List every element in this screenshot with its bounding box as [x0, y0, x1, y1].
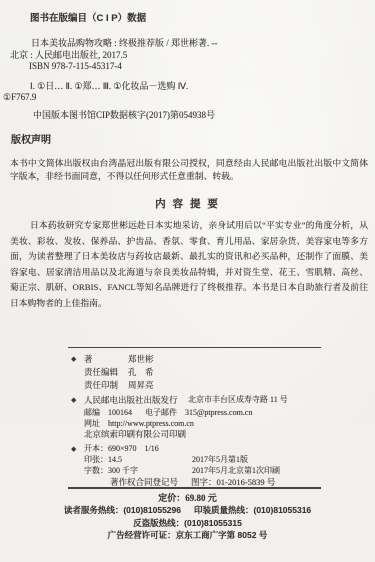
ad-license-line: 广告经营许可证：京东工商广字第 8052 号	[0, 530, 375, 540]
top-rule	[68, 347, 321, 348]
publisher-address: 北京市丰台区成寿寺路 11 号	[188, 395, 288, 405]
registration-label: 著作权合同登记号	[110, 477, 178, 487]
print-supervisor-line: 责任印制周昇亮	[84, 380, 154, 390]
publisher-line: 人民邮电出版社出版发行 北京市丰台区成寿寺路 11 号	[84, 395, 374, 405]
format-line: 开本：690×970 1/16	[84, 444, 159, 454]
reader-service-hotline: 读者服务热线：(010)81055296	[64, 505, 181, 515]
impression-text: 2017年5月北京第1次印刷	[192, 466, 280, 476]
cip-isbn-line: ISBN 978-7-115-45317-4	[29, 61, 122, 71]
bottom-rule	[68, 487, 321, 489]
edition-text: 2017年5月第1版	[192, 455, 248, 465]
book-copyright-page: 图书在版编目（C I P）数据 日本美妆品购物攻略 : 终极推荐版 / 郑世彬著…	[0, 0, 375, 562]
format-label: 开本：	[84, 444, 108, 453]
editor-line: 责任编辑孔 希	[84, 367, 154, 377]
postcode-email-line: 邮编100164电子邮件315@ptpress.com.cn	[84, 408, 252, 418]
hotline-line1: 读者服务热线：(010)81055296印装质量热线：(010)81055316	[0, 505, 375, 515]
words-value: 300 千字	[108, 466, 138, 475]
website-line: 网址http://www.ptpress.com.cn	[84, 419, 194, 429]
price-line: 定价：69.80 元	[0, 493, 375, 503]
summary-body: 日本药妆研究专家郑世彬远赴日本实地采访，亲身试用后以“平实专业”的角度分析，从美…	[10, 218, 368, 311]
print-supervisor-label: 责任印制	[84, 380, 128, 390]
postcode-label: 邮编	[84, 408, 100, 417]
cip-classification-line2: ①F767.9	[3, 92, 36, 102]
print-supervisor-name: 周昇亮	[128, 380, 154, 390]
printer-line: 北京缤索印刷有限公司印刷	[84, 429, 186, 439]
copyright-body: 本书中文简体出版权由台湾晶冠出版有限公司授权，同意经由人民邮电出版社出版中文简体…	[10, 157, 368, 183]
website-label: 网址	[84, 419, 100, 428]
copyright-heading: 版权声明	[11, 136, 51, 146]
anti-piracy-hotline: 反盗版热线：(010)81055315	[0, 518, 375, 528]
author-line: 著郑世彬	[84, 354, 154, 364]
cip-record-number: 中国版本图书馆CIP数据核字(2017)第054938号	[33, 110, 215, 120]
print-quality-hotline: 印装质量热线：(010)81055316	[194, 505, 311, 515]
editor-label: 责任编辑	[84, 367, 128, 377]
cip-header: 图书在版编目（C I P）数据	[30, 14, 146, 24]
sheets-line: 印张：14.5 2017年5月第1版	[84, 455, 364, 465]
editor-name: 孔 希	[128, 367, 154, 377]
postcode-value: 100164	[108, 408, 132, 417]
registration-line: 著作权合同登记号图字：01-2016-5839 号	[110, 477, 275, 487]
diamond-bullet: ◆	[71, 396, 76, 404]
words-label: 字数：	[84, 466, 108, 475]
publisher-name: 人民邮电出版社出版发行	[84, 395, 178, 405]
cip-publisher-line: 北京 : 人民邮电出版社, 2017.5	[10, 50, 127, 60]
format-value: 690×970 1/16	[108, 444, 159, 453]
diamond-bullet: ◆	[71, 445, 76, 453]
summary-heading: 内 容 提 要	[0, 199, 375, 209]
website-url: http://www.ptpress.com.cn	[108, 419, 194, 428]
cip-classification-line1: Ⅰ. ①日… Ⅱ. ①郑… Ⅲ. ①化妆品－选购 Ⅳ.	[30, 81, 188, 91]
registration-value: 图字：01-2016-5839 号	[191, 477, 275, 487]
email-value: 315@ptpress.com.cn	[185, 408, 252, 417]
diamond-bullet: ◆	[71, 355, 76, 363]
sheets-value: 14.5	[108, 455, 122, 464]
author-name: 郑世彬	[128, 354, 154, 364]
sheets-label: 印张：	[84, 455, 108, 464]
email-label: 电子邮件	[145, 408, 177, 417]
author-label: 著	[84, 354, 128, 364]
words-line: 字数：300 千字 2017年5月北京第1次印刷	[84, 466, 364, 476]
cip-title-line: 日本美妆品购物攻略 : 终极推荐版 / 郑世彬著. --	[31, 38, 218, 48]
